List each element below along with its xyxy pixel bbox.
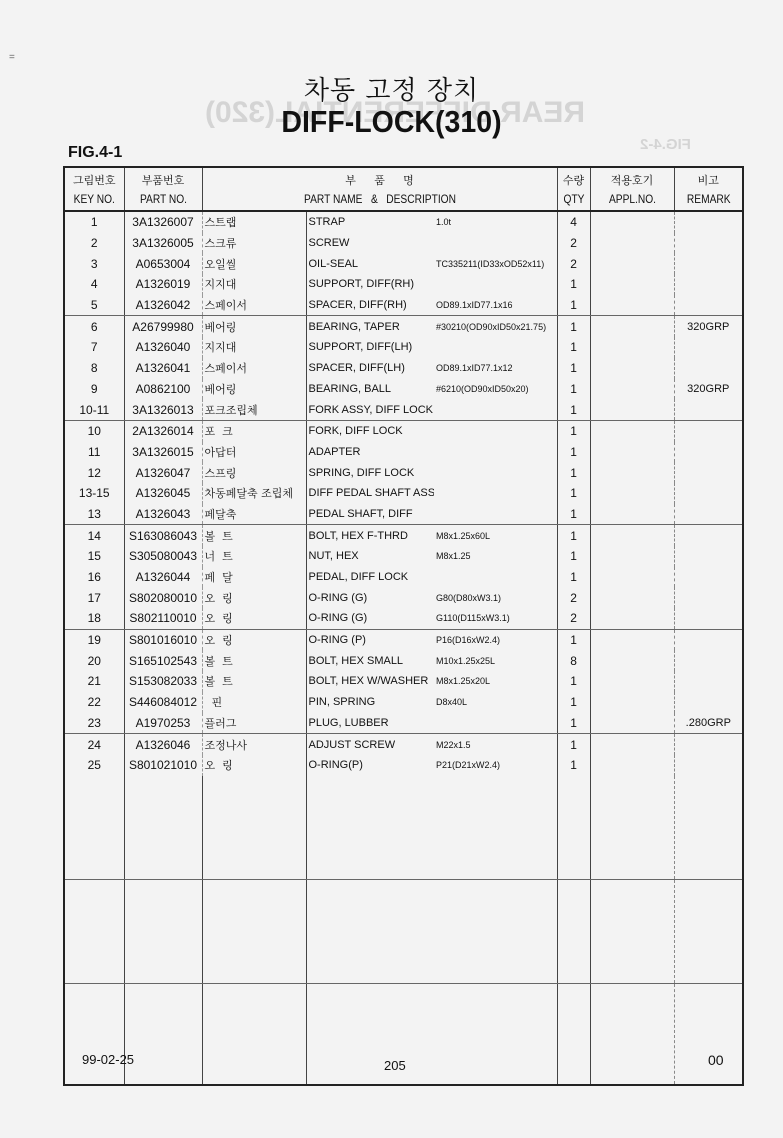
footer-date: 99-02-25 — [82, 1052, 134, 1067]
cell-name-korean: 오 링 — [202, 608, 306, 629]
cell-name-korean: 볼 트 — [202, 525, 306, 546]
table-row: 25S801021010오 링O-RING(P)P21(D21xW2.4)1 — [64, 755, 743, 776]
cell-key-no: 11 — [64, 442, 124, 463]
cell-name-english: O-RING (P) — [306, 629, 434, 650]
cell-qty: 4 — [557, 211, 590, 233]
cell-qty: 2 — [557, 233, 590, 254]
cell-appl-no — [590, 211, 674, 233]
table-row: 6A26799980베어링BEARING, TAPER#30210(OD90xI… — [64, 316, 743, 337]
cell-remark — [674, 546, 743, 567]
cell-remark — [674, 253, 743, 274]
cell-spec — [434, 504, 557, 525]
table-row: 20S165102543볼 트BOLT, HEX SMALLM10x1.25x2… — [64, 650, 743, 671]
cell-name-korean: 핀 — [202, 692, 306, 713]
cell-part-no: 3A1326005 — [124, 233, 202, 254]
cell-qty: 1 — [557, 420, 590, 441]
empty-cell — [557, 983, 590, 1085]
cell-name-korean: 플러그 — [202, 713, 306, 734]
cell-remark — [674, 587, 743, 608]
cell-qty: 1 — [557, 671, 590, 692]
cell-name-english: FORK, DIFF LOCK — [306, 420, 434, 441]
cell-part-no: A1326046 — [124, 734, 202, 755]
cell-name-english: SUPPORT, DIFF(RH) — [306, 274, 434, 295]
cell-appl-no — [590, 608, 674, 629]
cell-name-korean: 오 링 — [202, 629, 306, 650]
cell-name-korean: 볼 트 — [202, 650, 306, 671]
empty-cell — [590, 983, 674, 1085]
cell-name-english: BOLT, HEX W/WASHER — [306, 671, 434, 692]
cell-qty: 2 — [557, 608, 590, 629]
parts-table-body: 13A1326007스트랩STRAP1.0t423A1326005스크류SCRE… — [64, 211, 743, 1085]
empty-cell — [124, 983, 202, 1085]
cell-name-korean: 오 링 — [202, 587, 306, 608]
cell-remark — [674, 442, 743, 463]
empty-cell — [557, 879, 590, 983]
cell-key-no: 4 — [64, 274, 124, 295]
cell-part-no: A1326040 — [124, 337, 202, 358]
cell-name-korean: 페 달 — [202, 567, 306, 588]
cell-name-english: BOLT, HEX F-THRD — [306, 525, 434, 546]
cell-name-english: OIL-SEAL — [306, 253, 434, 274]
cell-key-no: 16 — [64, 567, 124, 588]
cell-name-korean: 조정나사 — [202, 734, 306, 755]
table-row: 13A1326007스트랩STRAP1.0t4 — [64, 211, 743, 233]
cell-remark — [674, 525, 743, 546]
empty-cell — [306, 776, 434, 880]
cell-remark — [674, 734, 743, 755]
cell-name-english: ADAPTER — [306, 442, 434, 463]
table-row: 16A1326044페 달PEDAL, DIFF LOCK1 — [64, 567, 743, 588]
cell-name-english: O-RING (G) — [306, 608, 434, 629]
table-row: 24A1326046조정나사ADJUST SCREWM22x1.51 — [64, 734, 743, 755]
table-row: 5A1326042스페이서SPACER, DIFF(RH)OD89.1xID77… — [64, 295, 743, 316]
cell-spec: G110(D115xW3.1) — [434, 608, 557, 629]
cell-key-no: 5 — [64, 295, 124, 316]
cell-part-no: 3A1326013 — [124, 399, 202, 420]
cell-part-no: A1326043 — [124, 504, 202, 525]
cell-spec — [434, 233, 557, 254]
header-part-no: 부품번호 PART NO. — [124, 167, 202, 211]
figure-label: FIG.4-1 — [68, 144, 122, 162]
table-row: 21S153082033볼 트BOLT, HEX W/WASHERM8x1.25… — [64, 671, 743, 692]
cell-key-no: 18 — [64, 608, 124, 629]
cell-key-no: 13 — [64, 504, 124, 525]
cell-name-korean: 지지대 — [202, 337, 306, 358]
cell-spec — [434, 399, 557, 420]
cell-name-english: SPRING, DIFF LOCK — [306, 462, 434, 483]
table-row: 13-15A1326045차동페달축 조립체DIFF PEDAL SHAFT A… — [64, 483, 743, 504]
cell-spec — [434, 442, 557, 463]
cell-remark — [674, 483, 743, 504]
cell-appl-no — [590, 379, 674, 400]
cell-name-english: SPACER, DIFF(RH) — [306, 295, 434, 316]
cell-part-no: S802080010 — [124, 587, 202, 608]
table-row: 10-113A1326013포크조립체FORK ASSY, DIFF LOCK1 — [64, 399, 743, 420]
cell-appl-no — [590, 316, 674, 337]
cell-key-no: 17 — [64, 587, 124, 608]
cell-spec: OD89.1xID77.1x12 — [434, 358, 557, 379]
cell-key-no: 2 — [64, 233, 124, 254]
cell-spec: P16(D16xW2.4) — [434, 629, 557, 650]
cell-name-english: STRAP — [306, 211, 434, 233]
cell-qty: 1 — [557, 713, 590, 734]
cell-part-no: S165102543 — [124, 650, 202, 671]
cell-name-english: PIN, SPRING — [306, 692, 434, 713]
cell-spec — [434, 567, 557, 588]
cell-name-english: O-RING(P) — [306, 755, 434, 776]
cell-key-no: 10-11 — [64, 399, 124, 420]
table-row: 19S801016010오 링O-RING (P)P16(D16xW2.4)1 — [64, 629, 743, 650]
cell-appl-no — [590, 253, 674, 274]
cell-part-no: 3A1326015 — [124, 442, 202, 463]
table-row: 102A1326014포 크FORK, DIFF LOCK1 — [64, 420, 743, 441]
table-row: 9A0862100베어링BEARING, BALL#6210(OD90xID50… — [64, 379, 743, 400]
cell-remark — [674, 274, 743, 295]
table-row: 12A1326047스프링SPRING, DIFF LOCK1 — [64, 462, 743, 483]
cell-qty: 1 — [557, 295, 590, 316]
cell-remark — [674, 233, 743, 254]
cell-appl-no — [590, 504, 674, 525]
table-row: 22S446084012 핀PIN, SPRINGD8x40L1 — [64, 692, 743, 713]
table-row: 17S802080010오 링O-RING (G)G80(D80xW3.1)2 — [64, 587, 743, 608]
empty-cell — [64, 879, 124, 983]
cell-part-no: A26799980 — [124, 316, 202, 337]
cell-qty: 1 — [557, 567, 590, 588]
cell-part-no: S163086043 — [124, 525, 202, 546]
table-header-row: 그림번호 KEY NO. 부품번호 PART NO. 부 품 명 PART NA… — [64, 167, 743, 211]
footer-revision: 00 — [708, 1052, 724, 1068]
cell-key-no: 9 — [64, 379, 124, 400]
cell-name-english: PEDAL, DIFF LOCK — [306, 567, 434, 588]
empty-cell — [434, 879, 557, 983]
cell-qty: 1 — [557, 546, 590, 567]
cell-appl-no — [590, 462, 674, 483]
empty-cell — [124, 879, 202, 983]
cell-appl-no — [590, 483, 674, 504]
cell-key-no: 25 — [64, 755, 124, 776]
cell-name-english: O-RING (G) — [306, 587, 434, 608]
cell-name-english: NUT, HEX — [306, 546, 434, 567]
cell-remark — [674, 629, 743, 650]
cell-key-no: 21 — [64, 671, 124, 692]
cell-name-korean: 아답터 — [202, 442, 306, 463]
cell-appl-no — [590, 755, 674, 776]
cell-spec: OD89.1xID77.1x16 — [434, 295, 557, 316]
cell-spec — [434, 420, 557, 441]
cell-qty: 1 — [557, 629, 590, 650]
table-row: 23A1970253플러그PLUG, LUBBER1.280GRP — [64, 713, 743, 734]
cell-appl-no — [590, 274, 674, 295]
cell-part-no: 3A1326007 — [124, 211, 202, 233]
cell-appl-no — [590, 650, 674, 671]
cell-name-english: SPACER, DIFF(LH) — [306, 358, 434, 379]
cell-spec: #6210(OD90xID50x20) — [434, 379, 557, 400]
cell-part-no: A1326045 — [124, 483, 202, 504]
cell-qty: 1 — [557, 274, 590, 295]
header-remark: 비고 REMARK — [674, 167, 743, 211]
cell-name-english: BEARING, TAPER — [306, 316, 434, 337]
cell-appl-no — [590, 587, 674, 608]
cell-name-english: ADJUST SCREW — [306, 734, 434, 755]
cell-remark — [674, 567, 743, 588]
cell-remark: .280GRP — [674, 713, 743, 734]
empty-cell — [674, 776, 743, 880]
empty-cell — [202, 983, 306, 1085]
cell-remark — [674, 650, 743, 671]
cell-spec: M8x1.25 — [434, 546, 557, 567]
cell-key-no: 13-15 — [64, 483, 124, 504]
cell-appl-no — [590, 567, 674, 588]
empty-cell — [202, 879, 306, 983]
cell-part-no: S801021010 — [124, 755, 202, 776]
cell-key-no: 15 — [64, 546, 124, 567]
cell-key-no: 1 — [64, 211, 124, 233]
cell-qty: 1 — [557, 504, 590, 525]
cell-name-korean: 스페이서 — [202, 295, 306, 316]
cell-spec — [434, 337, 557, 358]
cell-qty: 1 — [557, 358, 590, 379]
cell-qty: 1 — [557, 734, 590, 755]
cell-spec — [434, 483, 557, 504]
cell-spec: TC335211(ID33xOD52x11) — [434, 253, 557, 274]
cell-name-korean: 오일씰 — [202, 253, 306, 274]
cell-appl-no — [590, 692, 674, 713]
cell-name-english: PEDAL SHAFT, DIFF — [306, 504, 434, 525]
cell-key-no: 10 — [64, 420, 124, 441]
cell-appl-no — [590, 420, 674, 441]
cell-part-no: 2A1326014 — [124, 420, 202, 441]
empty-cell — [64, 776, 124, 880]
cell-remark — [674, 608, 743, 629]
cell-key-no: 7 — [64, 337, 124, 358]
header-part-name: 부 품 명 PART NAME & DESCRIPTION — [202, 167, 557, 211]
cell-appl-no — [590, 713, 674, 734]
footer-page-number: 205 — [384, 1058, 406, 1073]
cell-qty: 1 — [557, 442, 590, 463]
header-appl-no: 적용호기 APPL.NO. — [590, 167, 674, 211]
cell-spec: M8x1.25x60L — [434, 525, 557, 546]
cell-remark — [674, 692, 743, 713]
empty-cell — [590, 776, 674, 880]
cell-name-english: FORK ASSY, DIFF LOCK — [306, 399, 434, 420]
cell-spec — [434, 713, 557, 734]
cell-key-no: 23 — [64, 713, 124, 734]
cell-qty: 1 — [557, 525, 590, 546]
empty-cell — [64, 983, 124, 1085]
empty-table-row — [64, 776, 743, 880]
cell-remark: 320GRP — [674, 379, 743, 400]
cell-key-no: 6 — [64, 316, 124, 337]
cell-spec: D8x40L — [434, 692, 557, 713]
cell-name-english: BEARING, BALL — [306, 379, 434, 400]
cell-qty: 8 — [557, 650, 590, 671]
cell-qty: 2 — [557, 587, 590, 608]
cell-key-no: 20 — [64, 650, 124, 671]
cell-remark — [674, 462, 743, 483]
cell-name-korean: 차동페달축 조립체 — [202, 483, 306, 504]
cell-qty: 1 — [557, 462, 590, 483]
cell-qty: 1 — [557, 483, 590, 504]
cell-name-korean: 너 트 — [202, 546, 306, 567]
parts-table: 그림번호 KEY NO. 부품번호 PART NO. 부 품 명 PART NA… — [63, 166, 744, 1086]
header-qty: 수량 QTY — [557, 167, 590, 211]
empty-cell — [202, 776, 306, 880]
table-row: 113A1326015아답터ADAPTER1 — [64, 442, 743, 463]
table-row: 3A0653004오일씰OIL-SEALTC335211(ID33xOD52x1… — [64, 253, 743, 274]
empty-cell — [306, 879, 434, 983]
cell-part-no: S801016010 — [124, 629, 202, 650]
cell-part-no: S446084012 — [124, 692, 202, 713]
cell-remark — [674, 211, 743, 233]
cell-appl-no — [590, 358, 674, 379]
cell-spec: P21(D21xW2.4) — [434, 755, 557, 776]
empty-cell — [434, 983, 557, 1085]
cell-part-no: S305080043 — [124, 546, 202, 567]
cell-name-korean: 볼 트 — [202, 671, 306, 692]
cell-remark — [674, 399, 743, 420]
cell-qty: 2 — [557, 253, 590, 274]
cell-key-no: 14 — [64, 525, 124, 546]
cell-remark — [674, 671, 743, 692]
cell-name-korean: 베어링 — [202, 379, 306, 400]
cell-part-no: A1326042 — [124, 295, 202, 316]
cell-qty: 1 — [557, 337, 590, 358]
cell-key-no: 22 — [64, 692, 124, 713]
empty-cell — [557, 776, 590, 880]
header-key-no: 그림번호 KEY NO. — [64, 167, 124, 211]
cell-qty: 1 — [557, 692, 590, 713]
cell-name-korean: 스크류 — [202, 233, 306, 254]
cell-remark — [674, 504, 743, 525]
cell-remark — [674, 755, 743, 776]
cell-name-english: SUPPORT, DIFF(LH) — [306, 337, 434, 358]
cell-part-no: A1326047 — [124, 462, 202, 483]
table-row: 15S305080043너 트NUT, HEXM8x1.251 — [64, 546, 743, 567]
cell-spec: #30210(OD90xID50x21.75) — [434, 316, 557, 337]
cell-appl-no — [590, 442, 674, 463]
margin-mark: = — [9, 52, 15, 63]
cell-appl-no — [590, 337, 674, 358]
cell-spec: 1.0t — [434, 211, 557, 233]
cell-appl-no — [590, 546, 674, 567]
cell-key-no: 8 — [64, 358, 124, 379]
cell-remark — [674, 337, 743, 358]
cell-part-no: A1326044 — [124, 567, 202, 588]
cell-remark — [674, 295, 743, 316]
empty-cell — [674, 879, 743, 983]
page-title-english: DIFF-LOCK(310) — [31, 104, 751, 140]
table-row: 7A1326040지지대SUPPORT, DIFF(LH)1 — [64, 337, 743, 358]
cell-key-no: 12 — [64, 462, 124, 483]
cell-name-korean: 오 링 — [202, 755, 306, 776]
cell-name-english: PLUG, LUBBER — [306, 713, 434, 734]
cell-spec — [434, 274, 557, 295]
cell-remark — [674, 420, 743, 441]
cell-spec — [434, 462, 557, 483]
cell-name-korean: 스페이서 — [202, 358, 306, 379]
table-row: 23A1326005스크류SCREW2 — [64, 233, 743, 254]
empty-cell — [306, 983, 434, 1085]
cell-part-no: A0862100 — [124, 379, 202, 400]
cell-appl-no — [590, 295, 674, 316]
table-row: 8A1326041스페이서SPACER, DIFF(LH)OD89.1xID77… — [64, 358, 743, 379]
cell-name-korean: 페달축 — [202, 504, 306, 525]
cell-name-english: BOLT, HEX SMALL — [306, 650, 434, 671]
empty-cell — [124, 776, 202, 880]
cell-part-no: A0653004 — [124, 253, 202, 274]
table-row: 13A1326043페달축PEDAL SHAFT, DIFF1 — [64, 504, 743, 525]
table-row: 4A1326019지지대SUPPORT, DIFF(RH)1 — [64, 274, 743, 295]
cell-name-english: SCREW — [306, 233, 434, 254]
cell-qty: 1 — [557, 316, 590, 337]
empty-table-row — [64, 879, 743, 983]
cell-qty: 1 — [557, 399, 590, 420]
cell-part-no: A1970253 — [124, 713, 202, 734]
table-row: 14S163086043볼 트BOLT, HEX F-THRDM8x1.25x6… — [64, 525, 743, 546]
cell-part-no: A1326019 — [124, 274, 202, 295]
cell-name-korean: 스트랩 — [202, 211, 306, 233]
empty-cell — [590, 879, 674, 983]
cell-appl-no — [590, 671, 674, 692]
cell-key-no: 3 — [64, 253, 124, 274]
cell-name-korean: 지지대 — [202, 274, 306, 295]
cell-name-korean: 스프링 — [202, 462, 306, 483]
cell-key-no: 19 — [64, 629, 124, 650]
cell-part-no: A1326041 — [124, 358, 202, 379]
cell-name-korean: 포 크 — [202, 420, 306, 441]
cell-qty: 1 — [557, 755, 590, 776]
cell-appl-no — [590, 399, 674, 420]
cell-remark — [674, 358, 743, 379]
cell-name-english: DIFF PEDAL SHAFT ASSY — [306, 483, 434, 504]
empty-cell — [434, 776, 557, 880]
cell-appl-no — [590, 525, 674, 546]
cell-remark: 320GRP — [674, 316, 743, 337]
cell-spec: G80(D80xW3.1) — [434, 587, 557, 608]
page-title-korean: 차동 고정 장치 — [0, 70, 783, 107]
cell-spec: M8x1.25x20L — [434, 671, 557, 692]
cell-qty: 1 — [557, 379, 590, 400]
cell-spec: M10x1.25x25L — [434, 650, 557, 671]
cell-name-korean: 포크조립체 — [202, 399, 306, 420]
cell-appl-no — [590, 734, 674, 755]
cell-part-no: S153082033 — [124, 671, 202, 692]
cell-spec: M22x1.5 — [434, 734, 557, 755]
cell-part-no: S802110010 — [124, 608, 202, 629]
cell-key-no: 24 — [64, 734, 124, 755]
cell-appl-no — [590, 629, 674, 650]
cell-name-korean: 베어링 — [202, 316, 306, 337]
empty-cell — [674, 983, 743, 1085]
cell-appl-no — [590, 233, 674, 254]
table-row: 18S802110010오 링O-RING (G)G110(D115xW3.1)… — [64, 608, 743, 629]
